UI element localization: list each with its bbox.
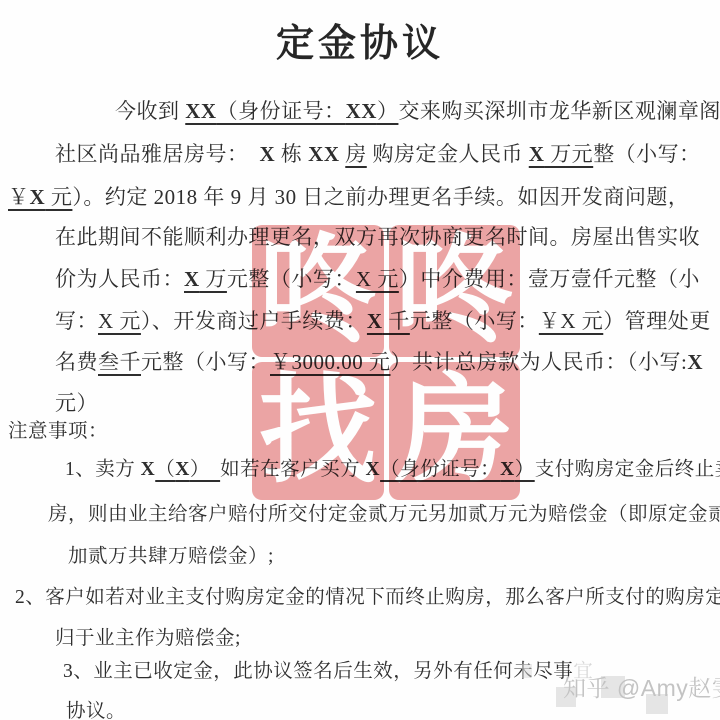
para1-line6: 写：X 元）、开发商过户手续费：X 千元整（小写：￥X 元）管理处更 bbox=[55, 306, 711, 336]
para1-line3: ￥X 元）。约定 2018 年 9 月 30 日之前办理更名手续。如因开发商问题… bbox=[8, 182, 689, 212]
note3-line2: 协议。 bbox=[66, 697, 126, 720]
notes-heading: 注意事项： bbox=[8, 417, 108, 447]
note3-line1: 3、业主已收定金，此协议签名后生效，另外有任何未尽事宜 bbox=[63, 657, 593, 687]
zhihu-author-watermark: 知乎 @Amy赵雯 bbox=[563, 670, 720, 703]
note1-line3: 加贰万共肆万赔偿金）; bbox=[68, 542, 274, 572]
para1-line8: 元） bbox=[55, 388, 98, 418]
para1-line5: 价为人民币：X 万元整（小写：X 元）中介费用：壹万壹仟元整（小 bbox=[55, 264, 700, 294]
para1-line1: 今收到 XX（身份证号：XX）交来购买深圳市龙华新区观澜章阁 bbox=[115, 96, 720, 126]
para1-line2: 社区尚品雅居房号： X 栋 XX 房 购房定金人民币 X 万元整（小写： bbox=[55, 139, 701, 169]
document-page: 定金协议 今收到 XX（身份证号：XX）交来购买深圳市龙华新区观澜章阁社区尚品雅… bbox=[0, 0, 720, 720]
note1-line1: 1、卖方 X（X） 如若在客户买方 X（身份证号：X）支付购房定金后终止卖 bbox=[65, 455, 720, 485]
para1-line4: 在此期间不能顺利办理更名，双方再次协商更名时间。房屋出售实收 bbox=[55, 222, 700, 252]
document-title: 定金协议 bbox=[0, 12, 720, 67]
para1-line7: 名费叁千元整（小写：￥3000.00 元）共计总房款为人民币：（小写:X bbox=[55, 347, 703, 377]
note1-line2: 房，则由业主给客户赔付所交付定金贰万元另加贰万元为赔偿金（即原定金贰万 bbox=[48, 500, 720, 530]
blur-smudge bbox=[522, 664, 532, 678]
note2-line2: 归于业主作为赔偿金; bbox=[55, 624, 241, 654]
note2-line1: 2、客户如若对业主支付购房定金的情况下而终止购房，那么客户所支付的购房定金将 bbox=[15, 583, 720, 613]
